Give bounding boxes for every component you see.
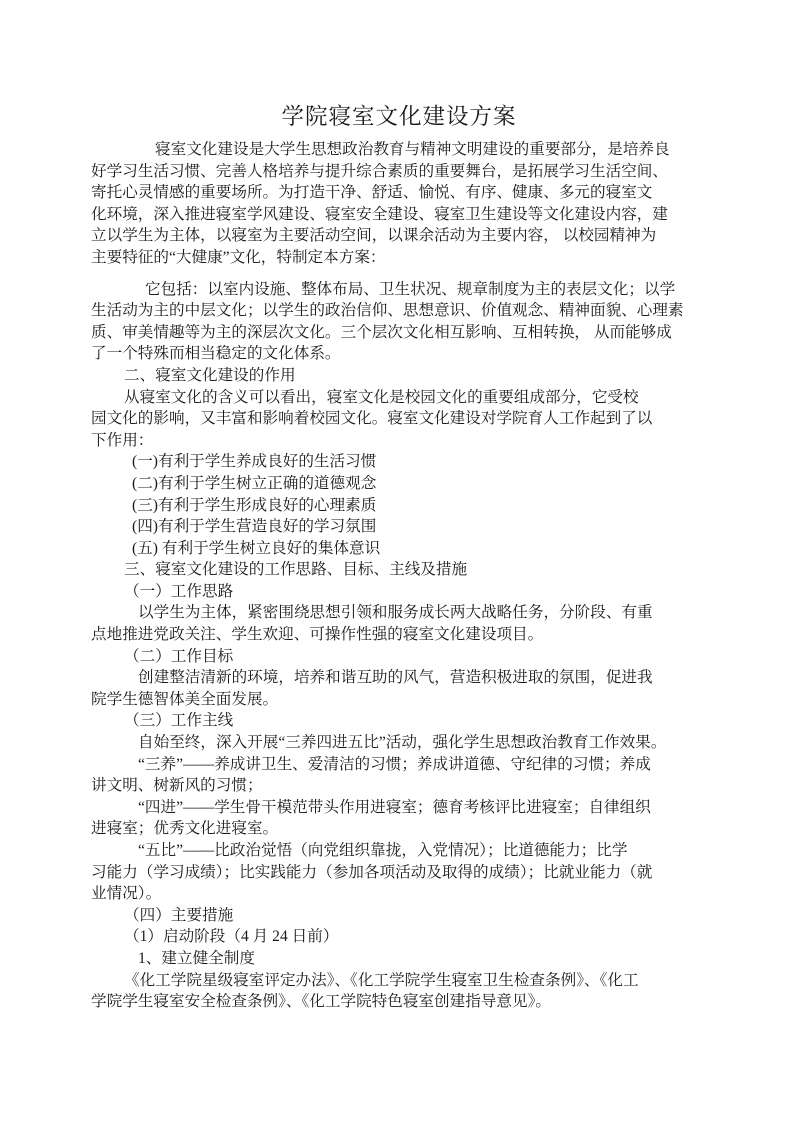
text-line: (二)有利于学生树立正确的道德观念	[91, 473, 707, 495]
text-line: “五比”——比政治觉悟（向党组织靠拢，入党情况）；比道德能力；比学	[91, 840, 707, 862]
para-sanyang: “三养”——养成讲卫生、爱清洁的习惯；养成讲道德、守纪律的习惯；养成讲文明、树新…	[91, 754, 707, 797]
text-line: 主要特征的“大健康”文化，特制定本方案：	[91, 247, 707, 269]
text-line: 三、寝室文化建设的工作思路、目标、主线及措施	[91, 559, 707, 581]
text-line: （一）工作思路	[91, 581, 707, 603]
para-culture-layers: 它包括：以室内设施、整体布局、卫生状况、规章制度为主的表层文化；以学生活动为主的…	[91, 279, 707, 365]
text-line: 它包括：以室内设施、整体布局、卫生状况、规章制度为主的表层文化；以学	[91, 279, 707, 301]
para-sijin: “四进”——学生骨干模范带头作用进寝室；德育考核评比进寝室；自律组织进寝室；优秀…	[91, 797, 707, 840]
text-line: (一)有利于学生养成良好的生活习惯	[91, 451, 707, 473]
text-line: 寝室文化建设是大学生思想政治教育与精神文明建设的重要部分，是培养良	[91, 139, 707, 161]
document-title: 学院寝室文化建设方案	[91, 103, 707, 130]
text-line: “四进”——学生骨干模范带头作用进寝室；德育考核评比进寝室；自律组织	[91, 797, 707, 819]
subheading-3-3: （三）工作主线	[91, 710, 707, 732]
text-line: 下作用：	[91, 430, 707, 452]
text-line: 从寝室文化的含义可以看出，寝室文化是校园文化的重要组成部分，它受校	[91, 387, 707, 409]
text-line: （二）工作目标	[91, 646, 707, 668]
list-item-3: (三)有利于学生形成良好的心理素质	[91, 495, 707, 517]
text-line: 二、寝室文化建设的作用	[91, 365, 707, 387]
text-line: 化环境，深入推进寝室学风建设、寝室安全建设、寝室卫生建设等文化建设内容，建	[91, 204, 707, 226]
text-line: （三）工作主线	[91, 710, 707, 732]
text-line: (四)有利于学生营造良好的学习氛围	[91, 516, 707, 538]
text-line: 学院学生寝室安全检查条例》、《化工学院特色寝室创建指导意见》。	[91, 991, 707, 1013]
text-line: 以学生为主体，紧密围绕思想引领和服务成长两大战略任务，分阶段、有重	[91, 602, 707, 624]
list-item-4: (四)有利于学生营造良好的学习氛围	[91, 516, 707, 538]
subheading-3-2: （二）工作目标	[91, 646, 707, 668]
text-line: （1）启动阶段（4 月 24 日前）	[91, 926, 707, 948]
text-line: 质、审美情趣等为主的深层次文化。三个层次文化相互影响、互相转换， 从而能够成	[91, 322, 707, 344]
para-regulations: 《化工学院星级寝室评定办法》、《化工学院学生寝室卫生检查条例》、《化工学院学生寝…	[91, 970, 707, 1013]
text-line: 了一个特殊而相当稳定的文化体系。	[91, 343, 707, 365]
text-line: 点地推进党政关注、学生欢迎、可操作性强的寝室文化建设项目。	[91, 624, 707, 646]
subheading-stage-1: （1）启动阶段（4 月 24 日前）	[91, 926, 707, 948]
heading-section-2: 二、寝室文化建设的作用	[91, 365, 707, 387]
text-line: 生活动为主的中层文化；以学生的政治信仰、思想意识、价值观念、精神面貌、心理素	[91, 300, 707, 322]
text-line: “三养”——养成讲卫生、爱清洁的习惯；养成讲道德、守纪律的习惯；养成	[91, 754, 707, 776]
para-work-goal: 创建整洁清新的环境，培养和谐互助的风气，营造积极进取的氛围，促进我院学生德智体美…	[91, 667, 707, 710]
heading-section-3: 三、寝室文化建设的工作思路、目标、主线及措施	[91, 559, 707, 581]
subheading-3-4: （四）主要措施	[91, 905, 707, 927]
text-line: 好学习生活习惯、完善人格培养与提升综合素质的重要舞台，是拓展学习生活空间、	[91, 161, 707, 183]
subheading-3-1: （一）工作思路	[91, 581, 707, 603]
text-line: 立以学生为主体，以寝室为主要活动空间，以课余活动为主要内容， 以校园精神为	[91, 225, 707, 247]
list-item-2: (二)有利于学生树立正确的道德观念	[91, 473, 707, 495]
document-page: 学院寝室文化建设方案 寝室文化建设是大学生思想政治教育与精神文明建设的重要部分，…	[0, 0, 794, 1122]
text-line: 业情况）。	[91, 883, 707, 905]
para-mainline: 自始至终，深入开展“三养四进五比”活动，强化学生思想政治教育工作效果。	[91, 732, 707, 754]
text-line: 《化工学院星级寝室评定办法》、《化工学院学生寝室卫生检查条例》、《化工	[91, 970, 707, 992]
text-line: 进寝室；优秀文化进寝室。	[91, 818, 707, 840]
text-line: (五) 有利于学生树立良好的集体意识	[91, 538, 707, 560]
text-line: 院学生德智体美全面发展。	[91, 689, 707, 711]
para-wubi: “五比”——比政治觉悟（向党组织靠拢，入党情况）；比道德能力；比学习能力（学习成…	[91, 840, 707, 905]
item-establish-system: 1、建立健全制度	[91, 948, 707, 970]
text-line: 1、建立健全制度	[91, 948, 707, 970]
text-line: 寄托心灵情感的重要场所。为打造干净、舒适、愉悦、有序、健康、多元的寝室文	[91, 182, 707, 204]
list-item-5: (五) 有利于学生树立良好的集体意识	[91, 538, 707, 560]
para-intro: 寝室文化建设是大学生思想政治教育与精神文明建设的重要部分，是培养良好学习生活习惯…	[91, 139, 707, 269]
text-line: 自始至终，深入开展“三养四进五比”活动，强化学生思想政治教育工作效果。	[91, 732, 707, 754]
text-line: （四）主要措施	[91, 905, 707, 927]
text-line: (三)有利于学生形成良好的心理素质	[91, 495, 707, 517]
list-item-1: (一)有利于学生养成良好的生活习惯	[91, 451, 707, 473]
document-body: 寝室文化建设是大学生思想政治教育与精神文明建设的重要部分，是培养良好学习生活习惯…	[91, 139, 707, 1013]
text-line: 园文化的影响，又丰富和影响着校园文化。寝室文化建设对学院育人工作起到了以	[91, 408, 707, 430]
text-line: 创建整洁清新的环境，培养和谐互助的风气，营造积极进取的氛围，促进我	[91, 667, 707, 689]
document-content: 学院寝室文化建设方案 寝室文化建设是大学生思想政治教育与精神文明建设的重要部分，…	[91, 103, 707, 1013]
text-line: 习能力（学习成绩）；比实践能力（参加各项活动及取得的成绩）；比就业能力（就	[91, 862, 707, 884]
text-line: 讲文明、树新风的习惯；	[91, 775, 707, 797]
blank-line	[91, 269, 707, 279]
para-role: 从寝室文化的含义可以看出，寝室文化是校园文化的重要组成部分，它受校园文化的影响，…	[91, 387, 707, 452]
para-work-approach: 以学生为主体，紧密围绕思想引领和服务成长两大战略任务，分阶段、有重点地推进党政关…	[91, 602, 707, 645]
